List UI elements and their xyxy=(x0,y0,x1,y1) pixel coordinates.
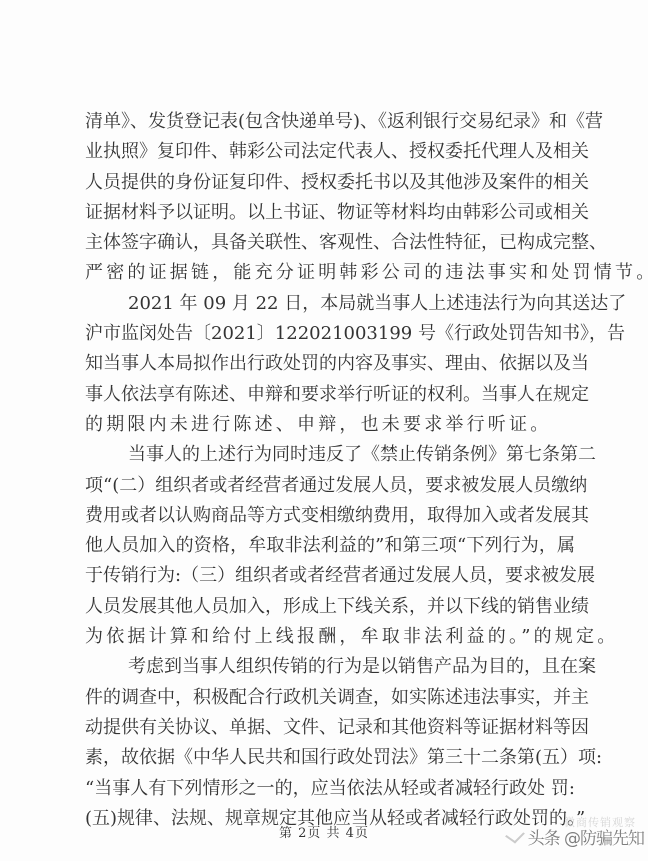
text-line: 知当事人本局拟作出行政处罚的内容及事实、理由、依据以及当 xyxy=(85,349,575,379)
watermark-text: 头条 @防骗先知 xyxy=(528,829,644,849)
text-line: 人员发展其他人员加入，形成上下线关系，并以下线的销售业绩 xyxy=(85,592,575,622)
text-line: 费用或者以认购商品等方式变相缴纳费用，取得加入或者发展其 xyxy=(85,501,575,531)
page-number: 第 2页 共 4页 xyxy=(279,822,369,841)
paragraph-mitigation: 考虑到当事人组织传销的行为是以销售产品为目的，且在案 件的调查中，积极配合行政机… xyxy=(85,652,575,834)
text-line: 事人依法享有陈述、申辩和要求举行听证的权利。当事人在规定 xyxy=(85,380,575,410)
text-line: 严密的证据链，能充分证明韩彩公司的违法事实和处罚情节。 xyxy=(85,258,575,288)
document-page: 清单》、发货登记表(包含快递单号)、《返利银行交易纪录》和《营 业执照》复印件、… xyxy=(0,0,648,861)
paragraph-evidence: 清单》、发货登记表(包含快递单号)、《返利银行交易纪录》和《营 业执照》复印件、… xyxy=(85,107,575,289)
watermark: 头条 @防骗先知 xyxy=(508,824,644,849)
text-line: 人员提供的身份证复印件、授权委托书以及其他涉及案件的相关 xyxy=(85,168,575,198)
paragraph-violation: 当事人的上述行为同时违反了《禁止传销条例》第七条第二 项“(二）组织者或者经营者… xyxy=(85,440,575,652)
paragraph-notice: 2021 年 09 月 22 日，本局就当事人上述违法行为向其送达了 沪市监闵处… xyxy=(85,289,575,440)
document-body: 清单》、发货登记表(包含快递单号)、《返利银行交易纪录》和《营 业执照》复印件、… xyxy=(85,107,575,834)
text-line: 为依据计算和给付上线报酬，牟取非法利益的。”的规定。 xyxy=(85,622,575,652)
text-line: 业执照》复印件、韩彩公司法定代表人、授权委托代理人及相关 xyxy=(85,137,575,167)
text-line: 证据材料予以证明。以上书证、物证等材料均由韩彩公司或相关 xyxy=(85,198,575,228)
text-line: 沪市监闵处告〔2021〕122021003199 号《行政处罚告知书》，告 xyxy=(85,319,575,349)
text-line: 于传销行为:（三）组织者或者经营者通过发展人员，要求被发展 xyxy=(85,561,575,591)
text-line: 考虑到当事人组织传销的行为是以销售产品为目的，且在案 xyxy=(85,652,575,682)
text-line: “当事人有下列情形之一的，应当依法从轻或者减轻行政处 罚: xyxy=(85,774,575,804)
text-line: 动提供有关协议、单据、文件、记录和其他资料等证据材料等因 xyxy=(85,713,575,743)
text-line: 2021 年 09 月 22 日，本局就当事人上述违法行为向其送达了 xyxy=(85,289,575,319)
text-line: 当事人的上述行为同时违反了《禁止传销条例》第七条第二 xyxy=(85,440,575,470)
text-line: 的期限内未进行陈述、申辩，也未要求举行听证。 xyxy=(85,410,575,440)
text-line: 他人员加入的资格，牟取非法利益的”和第三项“下列行为，属 xyxy=(85,531,575,561)
text-line: 清单》、发货登记表(包含快递单号)、《返利银行交易纪录》和《营 xyxy=(85,107,575,137)
text-line: 件的调查中，积极配合行政机关调查，如实陈述违法事实，并主 xyxy=(85,683,575,713)
text-line: 主体签字确认，具备关联性、客观性、合法性特征，已构成完整、 xyxy=(85,228,575,258)
text-line: 项“(二）组织者或者经营者通过发展人员，要求被发展人员缴纳 xyxy=(85,471,575,501)
toutiao-logo-icon xyxy=(505,827,525,844)
text-line: 素，故依据《中华人民共和国行政处罚法》第三十二条第(五）项: xyxy=(85,743,575,773)
